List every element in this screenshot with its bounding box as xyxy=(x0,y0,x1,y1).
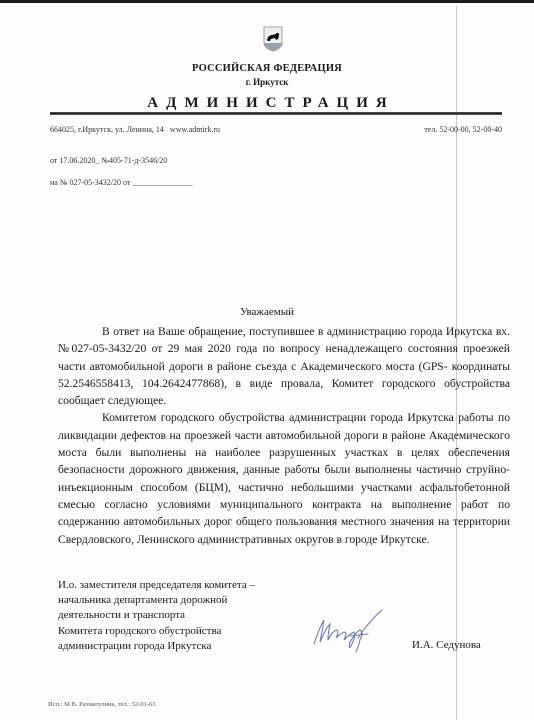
signer-position: И.о. заместителя председателя комитета –… xyxy=(58,578,255,654)
organization-title: АДМИНИСТРАЦИЯ xyxy=(0,95,534,112)
salutation: Уважаемый xyxy=(0,306,534,318)
city-name: г. Иркутск xyxy=(0,77,534,87)
incoming-reference: на № 027-05-3432/20 от _______________ xyxy=(50,178,192,187)
outgoing-reference: от 17.06.2020_ №405-71-д-3546/20 xyxy=(50,156,167,165)
organization-address: 664025, г.Иркутск, ул. Ленина, 14 www.ad… xyxy=(50,125,220,134)
signer-position-line: начальника департамента дорожной xyxy=(58,593,255,608)
coat-of-arms-icon xyxy=(263,26,283,52)
letter-body: В ответ на Ваше обращение, поступившее в… xyxy=(58,323,510,548)
signer-position-line: Комитета городского обустройства xyxy=(58,624,255,639)
organization-phone: тел. 52-00-00, 52-00-40 xyxy=(424,125,502,134)
signer-position-line: деятельности и транспорта xyxy=(58,608,255,623)
signer-position-line: администрации города Иркутска xyxy=(58,639,255,654)
body-paragraph: Комитетом городского обустройства админи… xyxy=(58,409,510,547)
signer-name: И.А. Седунова xyxy=(412,639,481,651)
body-paragraph: В ответ на Ваше обращение, поступившее в… xyxy=(58,323,510,409)
handwritten-signature-icon xyxy=(310,606,390,656)
executor-info: Исп.: М.В. Рахматулина, тел.: 52-01-63 xyxy=(48,701,156,708)
signer-position-line: И.о. заместителя председателя комитета – xyxy=(58,578,255,593)
letterhead-divider xyxy=(50,112,502,115)
page-top-border xyxy=(0,0,534,3)
country-name: РОССИЙСКАЯ ФЕДЕРАЦИЯ xyxy=(0,63,534,74)
